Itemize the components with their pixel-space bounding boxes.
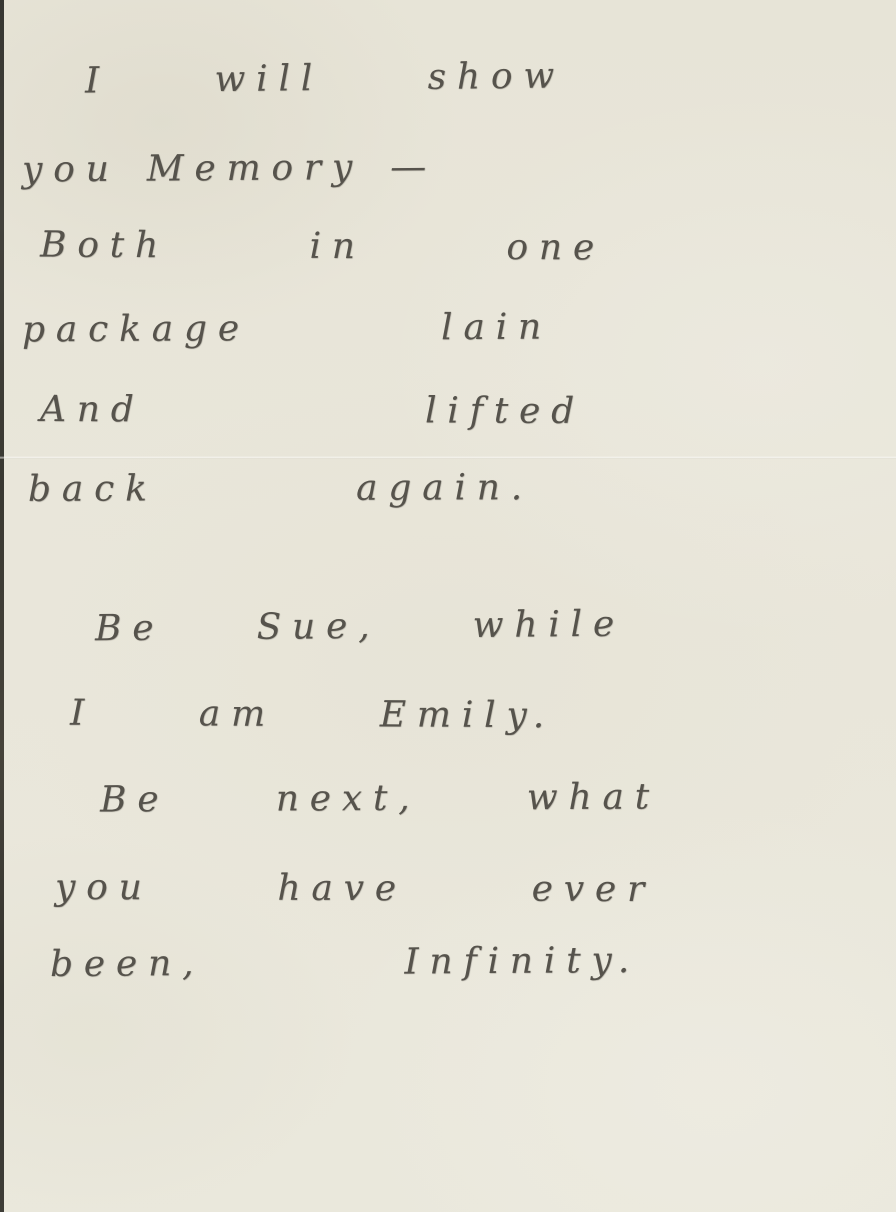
manuscript-page: I will show you Memory — Both in one pac… — [0, 0, 896, 1212]
poem-line-2: you Memory — — [22, 147, 437, 191]
poem-line-6: back again. — [28, 467, 533, 510]
poem-line-11: been, Infinity. — [50, 940, 640, 985]
poem-line-7: Be Sue, while — [95, 604, 625, 650]
poem-line-5: And lifted — [40, 389, 585, 432]
scan-edge-shadow — [0, 0, 4, 1212]
poem-line-3: Both in one — [40, 225, 605, 269]
poem-line-10: you have ever — [55, 867, 655, 910]
poem-line-1: I will show — [85, 55, 565, 101]
poem-line-8: I am Emily. — [70, 693, 555, 737]
poem-line-9: Be next, what — [100, 777, 660, 821]
fold-crease — [0, 456, 896, 459]
poem-line-4: package lain — [22, 307, 552, 351]
